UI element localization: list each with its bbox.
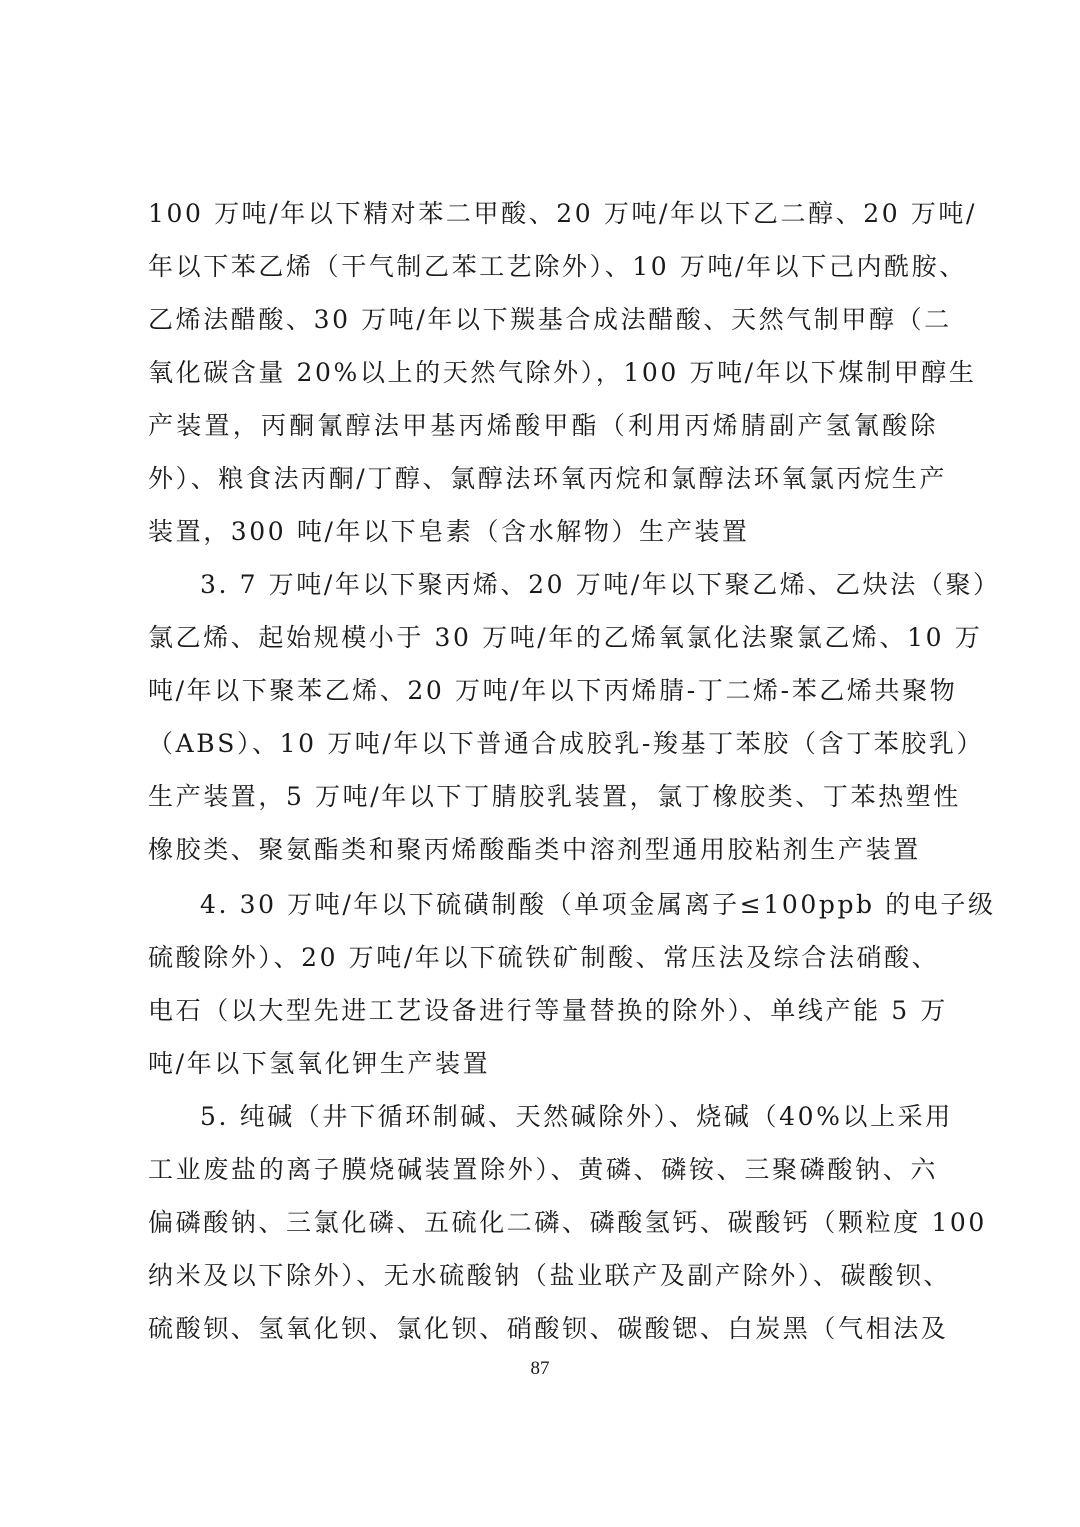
text-line: 硫酸除外）、20 万吨/年以下硫铁矿制酸、常压法及综合法硝酸、 — [148, 938, 938, 978]
list-item-4-first-line: 4. 30 万吨/年以下硫磺制酸（单项金属离子≤100ppb 的电子级 — [200, 885, 938, 925]
list-item-3-first-line: 3. 7 万吨/年以下聚丙烯、20 万吨/年以下聚乙烯、乙炔法（聚） — [200, 565, 938, 605]
text-line: 偏磷酸钠、三氯化磷、五硫化二磷、磷酸氢钙、碳酸钙（颗粒度 100 — [148, 1203, 938, 1243]
text-line: 外）、粮食法丙酮/丁醇、氯醇法环氧丙烷和氯醇法环氧氯丙烷生产 — [148, 459, 938, 499]
text-line: （ABS）、10 万吨/年以下普通合成胶乳-羧基丁苯胶（含丁苯胶乳） — [148, 724, 938, 764]
text-line: 吨/年以下聚苯乙烯、20 万吨/年以下丙烯腈-丁二烯-苯乙烯共聚物 — [148, 671, 938, 711]
text-line: 电石（以大型先进工艺设备进行等量替换的除外）、单线产能 5 万 — [148, 991, 938, 1031]
page-number: 87 — [0, 1358, 1080, 1380]
text-line: 氧化碳含量 20%以上的天然气除外），100 万吨/年以下煤制甲醇生 — [148, 353, 938, 393]
text-line: 吨/年以下氢氧化钾生产装置 — [148, 1044, 938, 1084]
text-line: 橡胶类、聚氨酯类和聚丙烯酸酯类中溶剂型通用胶粘剂生产装置 — [148, 830, 938, 870]
document-page: 100 万吨/年以下精对苯二甲酸、20 万吨/年以下乙二醇、20 万吨/ 年以下… — [0, 0, 1080, 1527]
text-line: 100 万吨/年以下精对苯二甲酸、20 万吨/年以下乙二醇、20 万吨/ — [148, 194, 938, 234]
text-line: 工业废盐的离子膜烧碱装置除外）、黄磷、磷铵、三聚磷酸钠、六 — [148, 1150, 938, 1190]
list-item-5-first-line: 5. 纯碱（井下循环制碱、天然碱除外）、烧碱（40%以上采用 — [200, 1097, 938, 1137]
text-line: 年以下苯乙烯（干气制乙苯工艺除外）、10 万吨/年以下己内酰胺、 — [148, 247, 938, 287]
text-line: 纳米及以下除外）、无水硫酸钠（盐业联产及副产除外）、碳酸钡、 — [148, 1256, 938, 1296]
text-line: 氯乙烯、起始规模小于 30 万吨/年的乙烯氧氯化法聚氯乙烯、10 万 — [148, 618, 938, 658]
text-line: 装置，300 吨/年以下皂素（含水解物）生产装置 — [148, 512, 938, 552]
text-line: 产装置，丙酮氰醇法甲基丙烯酸甲酯（利用丙烯腈副产氢氰酸除 — [148, 406, 938, 446]
text-line: 乙烯法醋酸、30 万吨/年以下羰基合成法醋酸、天然气制甲醇（二 — [148, 300, 938, 340]
text-line: 生产装置，5 万吨/年以下丁腈胶乳装置，氯丁橡胶类、丁苯热塑性 — [148, 777, 938, 817]
text-line: 硫酸钡、氢氧化钡、氯化钡、硝酸钡、碳酸锶、白炭黑（气相法及 — [148, 1309, 938, 1349]
